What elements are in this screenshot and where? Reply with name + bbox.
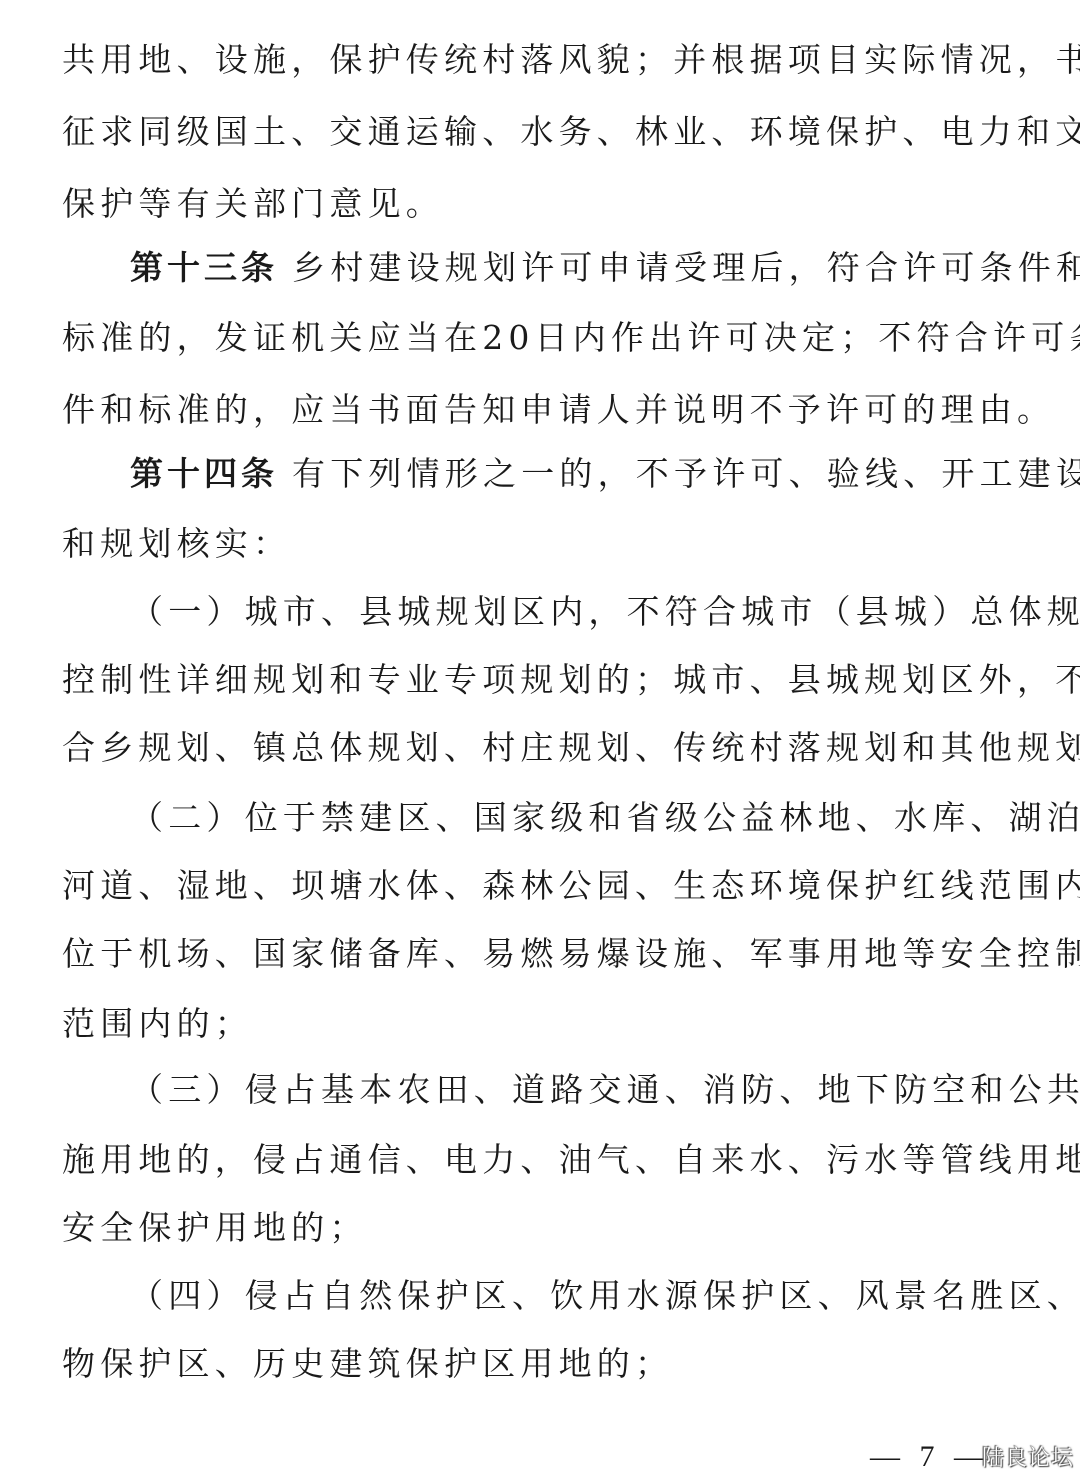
line-text: 安全保护用地的； — [62, 1208, 368, 1247]
text-line: 河道、湿地、坝塘水体、森林公园、生态环境保护红线范围内的， — [62, 866, 1022, 906]
text-line: （四）侵占自然保护区、饮用水源保护区、风景名胜区、文 — [130, 1276, 1022, 1316]
text-line: 和规划核实： — [62, 524, 1022, 564]
line-text: 征求同级国土、交通运输、水务、林业、环境保护、电力和文物 — [62, 112, 1080, 151]
line-text: 件和标准的，应当书面告知申请人并说明不予许可的理由。 — [62, 390, 1055, 429]
article-number: 第十三条 — [130, 248, 278, 287]
line-text: （二）位于禁建区、国家级和省级公益林地、水库、湖泊、 — [130, 798, 1080, 837]
line-text: 物保护区、历史建筑保护区用地的； — [62, 1344, 673, 1383]
article-line: 第十四条有下列情形之一的，不予许可、验线、开工建设 — [130, 454, 1022, 494]
text-line: （二）位于禁建区、国家级和省级公益林地、水库、湖泊、 — [130, 798, 1022, 838]
page-number: — 7 — — [870, 1440, 990, 1474]
text-line: 施用地的，侵占通信、电力、油气、自来水、污水等管线用地和 — [62, 1140, 1022, 1180]
line-text: 标准的，发证机关应当在20日内作出许可决定；不符合许可条 — [62, 318, 1080, 357]
text-line: 控制性详细规划和专业专项规划的；城市、县城规划区外，不符 — [62, 660, 1022, 700]
text-line: 合乡规划、镇总体规划、村庄规划、传统村落规划和其他规划的； — [62, 728, 1022, 768]
watermark: 陆良论坛 — [982, 1441, 1074, 1472]
line-text: 位于机场、国家储备库、易燃易爆设施、军事用地等安全控制区 — [62, 934, 1080, 973]
text-line: 保护等有关部门意见。 — [62, 184, 1022, 224]
text-line: 范围内的； — [62, 1004, 1022, 1044]
document-page: 共用地、设施，保护传统村落风貌；并根据项目实际情况，书面征求同级国土、交通运输、… — [0, 0, 1080, 1476]
text-line: 安全保护用地的； — [62, 1208, 1022, 1248]
article-number: 第十四条 — [130, 454, 278, 493]
line-text: 合乡规划、镇总体规划、村庄规划、传统村落规划和其他规划的； — [62, 728, 1080, 767]
line-text: 施用地的，侵占通信、电力、油气、自来水、污水等管线用地和 — [62, 1140, 1080, 1179]
line-text: 乡村建设规划许可申请受理后，符合许可条件和 — [292, 248, 1080, 287]
line-text: 和规划核实： — [62, 524, 291, 563]
line-text: 有下列情形之一的，不予许可、验线、开工建设 — [292, 454, 1080, 493]
text-line: （三）侵占基本农田、道路交通、消防、地下防空和公共设 — [130, 1070, 1022, 1110]
text-line: 位于机场、国家储备库、易燃易爆设施、军事用地等安全控制区 — [62, 934, 1022, 974]
line-text: 范围内的； — [62, 1004, 253, 1043]
text-line: 征求同级国土、交通运输、水务、林业、环境保护、电力和文物 — [62, 112, 1022, 152]
line-text: 保护等有关部门意见。 — [62, 184, 444, 223]
line-text: 共用地、设施，保护传统村落风貌；并根据项目实际情况，书面 — [62, 40, 1080, 79]
text-line: 物保护区、历史建筑保护区用地的； — [62, 1344, 1022, 1384]
text-line: 标准的，发证机关应当在20日内作出许可决定；不符合许可条 — [62, 318, 1022, 358]
text-line: （一）城市、县城规划区内，不符合城市（县城）总体规划、 — [130, 592, 1022, 632]
line-text: （四）侵占自然保护区、饮用水源保护区、风景名胜区、文 — [130, 1276, 1080, 1315]
text-line: 件和标准的，应当书面告知申请人并说明不予许可的理由。 — [62, 390, 1022, 430]
line-text: 河道、湿地、坝塘水体、森林公园、生态环境保护红线范围内的， — [62, 866, 1080, 905]
article-line: 第十三条乡村建设规划许可申请受理后，符合许可条件和 — [130, 248, 1022, 288]
line-text: 控制性详细规划和专业专项规划的；城市、县城规划区外，不符 — [62, 660, 1080, 699]
line-text: （三）侵占基本农田、道路交通、消防、地下防空和公共设 — [130, 1070, 1080, 1109]
line-text: （一）城市、县城规划区内，不符合城市（县城）总体规划、 — [130, 592, 1080, 631]
text-line: 共用地、设施，保护传统村落风貌；并根据项目实际情况，书面 — [62, 40, 1022, 80]
